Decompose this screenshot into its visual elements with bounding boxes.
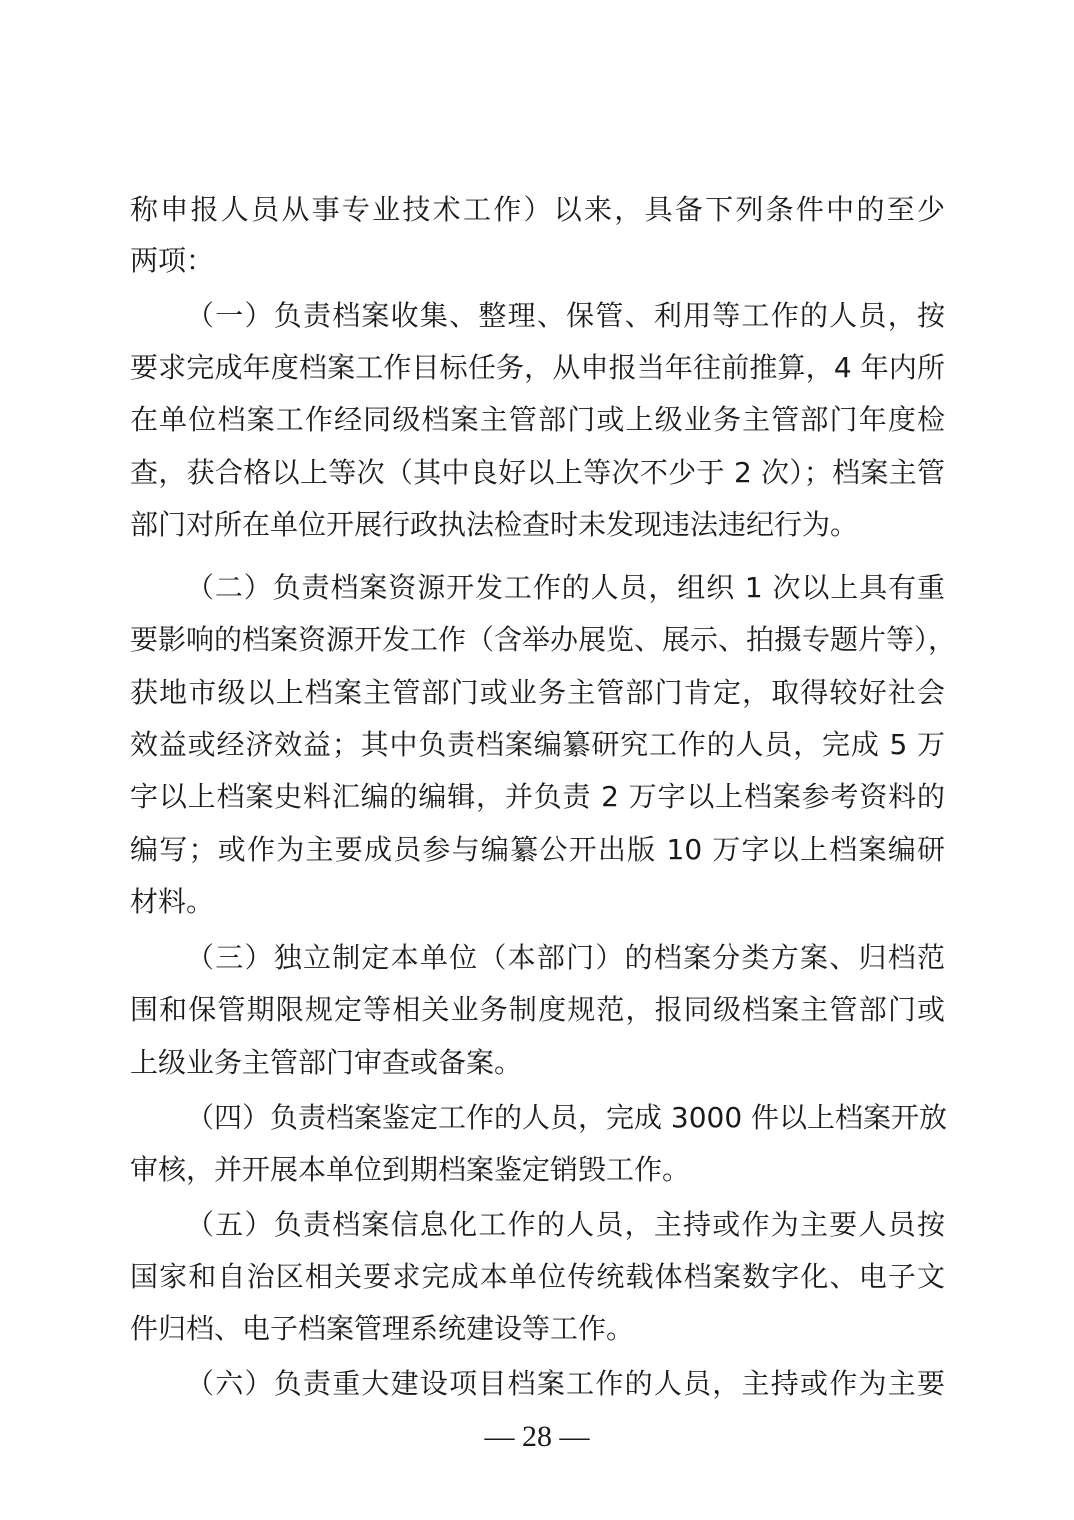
text-line: （三）独立制定本单位（本部门）的档案分类方案、归档范 [186,940,945,976]
text-line: 效益或经济效益；其中负责档案编纂研究工作的人员，完成 5 万 [130,727,945,763]
text-line: 审核，并开展本单位到期档案鉴定销毁工作。 [130,1152,945,1188]
text-line: （二）负责档案资源开发工作的人员，组织 1 次以上具有重 [186,570,945,606]
document-page: 称申报人员从事专业技术工作）以来，具备下列条件中的至少两项：（一）负责档案收集、… [0,0,1074,1520]
text-line: 上级业务主管部门审查或备案。 [130,1045,945,1081]
text-line: （一）负责档案收集、整理、保管、利用等工作的人员，按 [186,298,945,334]
text-line: 部门对所在单位开展行政执法检查时未发现违法违纪行为。 [130,507,945,543]
text-line: 要影响的档案资源开发工作（含举办展览、展示、拍摄专题片等）， [130,622,945,658]
text-line: （五）负责档案信息化工作的人员，主持或作为主要人员按 [186,1207,945,1243]
text-line: 字以上档案史料汇编的编辑，并负责 2 万字以上档案参考资料的 [130,779,945,815]
text-line: 查，获合格以上等次（其中良好以上等次不少于 2 次）；档案主管 [130,455,945,491]
text-line: 两项： [130,243,945,279]
text-line: 在单位档案工作经同级档案主管部门或上级业务主管部门年度检 [130,402,945,438]
page-number: — 28 — [0,1420,1074,1454]
text-line: 要求完成年度档案工作目标任务，从申报当年往前推算，4 年内所 [130,350,945,386]
text-line: 编写；或作为主要成员参与编纂公开出版 10 万字以上档案编研 [130,832,945,868]
text-line: 件归档、电子档案管理系统建设等工作。 [130,1311,945,1347]
text-line: （四）负责档案鉴定工作的人员，完成 3000 件以上档案开放 [186,1100,945,1136]
text-line: 围和保管期限规定等相关业务制度规范，报同级档案主管部门或 [130,992,945,1028]
text-line: 获地市级以上档案主管部门或业务主管部门肯定，取得较好社会 [130,675,945,711]
text-line: 材料。 [130,884,945,920]
text-line: （六）负责重大建设项目档案工作的人员，主持或作为主要 [186,1366,945,1402]
text-line: 称申报人员从事专业技术工作）以来，具备下列条件中的至少 [130,192,945,228]
text-line: 国家和自治区相关要求完成本单位传统载体档案数字化、电子文 [130,1259,945,1295]
